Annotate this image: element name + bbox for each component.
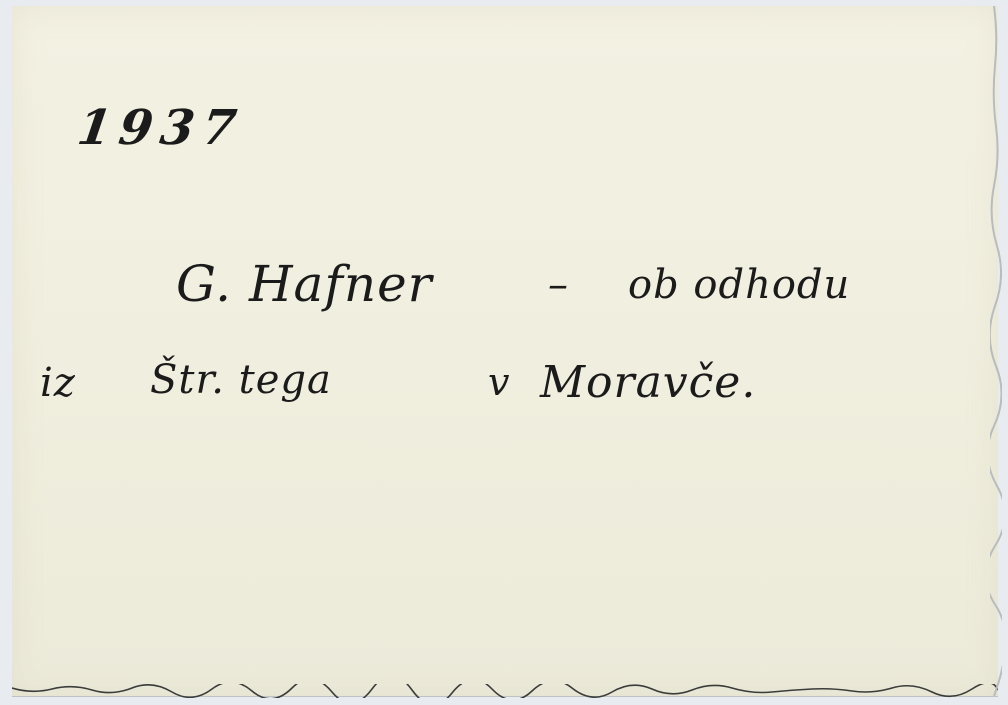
- handwritten-word-v: v: [488, 360, 510, 404]
- handwritten-word-iz: iz: [40, 360, 76, 406]
- handwritten-text-line1: ob odhodu: [628, 262, 850, 308]
- handwritten-year: 1937: [74, 100, 247, 156]
- handwritten-place-name: Moravče.: [540, 357, 756, 408]
- handwritten-dash: –: [548, 262, 569, 308]
- deckled-edge-right: [990, 6, 1002, 696]
- deckled-edge-bottom: [12, 684, 998, 698]
- handwritten-word-str-tega: Štr. tega: [150, 357, 332, 403]
- handwritten-name: G. Hafner: [176, 255, 433, 313]
